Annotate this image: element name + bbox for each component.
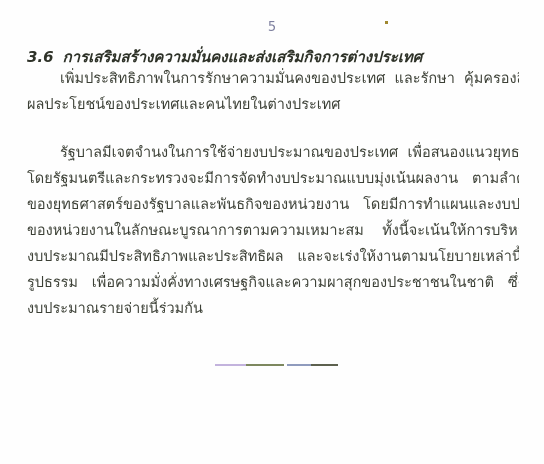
text-line: ของยุทธศาสตร์ของรัฐบาลและพันธกิจของหน่วย… xyxy=(27,192,519,218)
text-line: เพิ่มประสิทธิภาพในการรักษาความมั่นคงของป… xyxy=(27,66,519,92)
text-line: รัฐบาลมีเจตจำนงในการใช้จ่ายงบประมาณของปร… xyxy=(27,140,519,166)
section-title: การเสริมสร้างความมั่นคงและส่งเสริมกิจการ… xyxy=(63,48,423,66)
text-line: โดยรัฐมนตรีและกระทรวงจะมีการจัดทำงบประมา… xyxy=(27,166,519,192)
divider-segment xyxy=(311,364,338,366)
document-page: 5 3.6การเสริมสร้างความมั่นคงและส่งเสริมก… xyxy=(0,0,544,464)
ink-speck xyxy=(385,21,388,24)
page-number: 5 xyxy=(0,20,544,35)
text-line: รูปธรรม เพื่อความมั่งคั่งทางเศรษฐกิจและค… xyxy=(27,270,519,296)
divider-segment xyxy=(287,364,311,366)
text-line: ของหน่วยงานในลักษณะบูรณาการตามความเหมาะส… xyxy=(27,218,519,244)
text-line: งบประมาณมีประสิทธิภาพและประสิทธิผล และจะ… xyxy=(27,244,519,270)
paragraph-body: รัฐบาลมีเจตจำนงในการใช้จ่ายงบประมาณของปร… xyxy=(27,140,519,322)
section-number: 3.6 xyxy=(27,48,54,66)
text-line: ผลประโยชน์ของประเทศและคนไทยในต่างประเทศ xyxy=(27,92,519,118)
text-line: งบประมาณรายจ่ายนี้ร่วมกัน xyxy=(27,296,519,322)
divider-segment xyxy=(215,364,246,366)
divider-line xyxy=(215,364,338,366)
paragraph-summary: เพิ่มประสิทธิภาพในการรักษาความมั่นคงของป… xyxy=(27,66,519,118)
divider-segment xyxy=(246,364,284,366)
